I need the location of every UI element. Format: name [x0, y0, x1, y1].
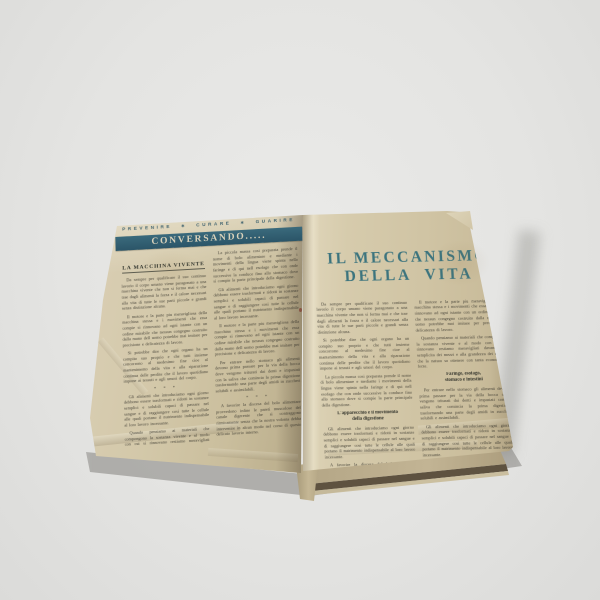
photo-stage: PREVENIRE ∗ CURARE ∗ GUARIRE CONVERSANDO…: [0, 0, 600, 600]
body-paragraph: Gli alimenti che introduciamo ogni giorn…: [213, 282, 299, 321]
body-paragraph: Gli alimenti che introduciamo ogni giorn…: [124, 390, 210, 429]
right-column-2: Il motore e la parte piu meravigliosa de…: [414, 297, 515, 477]
right-column-1: Da sempre per qualificare il suo continu…: [316, 299, 417, 479]
subheading-line: stomaco e intestini: [418, 377, 509, 385]
article-title-line2: DELLA VITA: [309, 265, 509, 287]
body-paragraph: A favorire la discesa del bolo alimentar…: [216, 399, 302, 438]
body-paragraph: La piccola massa cosi preparata prende i…: [320, 372, 413, 408]
left-page-columns: LA MACCHINA VIVENTE Da sempre per qualif…: [116, 241, 307, 449]
body-paragraph: La piccola massa cosi preparata prende i…: [213, 246, 299, 285]
subheading-faringe: Faringe, esofago, stomaco e intestini: [418, 371, 510, 385]
article-title-line1: IL MECCANISMO: [308, 247, 508, 269]
body-paragraph: Quando pensiamo ai materiali che compong…: [124, 426, 209, 448]
body-paragraph: Per entrare nello stomaco gli alimenti d…: [215, 355, 301, 394]
body-paragraph: Il motore e la parte piu meravigliosa de…: [214, 319, 300, 358]
left-column-1: LA MACCHINA VIVENTE Da sempre per qualif…: [121, 251, 210, 448]
subheading-apparecchio: L'apparecchio e il movimento della diges…: [322, 409, 414, 423]
body-paragraph: Si potrebbe dire che ogni organo ha un c…: [318, 336, 411, 372]
body-paragraph: Per entrare nello stomaco gli alimenti d…: [419, 386, 512, 422]
body-paragraph: Da sempre per qualificare il suo continu…: [121, 273, 207, 312]
body-paragraph: Da sempre per qualificare il suo continu…: [316, 299, 409, 335]
rust-speck: [299, 308, 302, 312]
body-paragraph: Gli alimenti che introduciamo ogni giorn…: [323, 424, 416, 460]
body-paragraph: Quando pensiamo ai materiali che compong…: [416, 334, 509, 370]
body-paragraph: Si potrebbe dire che ogni organo ha un c…: [123, 346, 209, 385]
article-heading-wrap: LA MACCHINA VIVENTE: [121, 252, 206, 275]
article-heading: LA MACCHINA VIVENTE: [122, 261, 205, 274]
article-title: IL MECCANISMO DELLA VITA: [308, 247, 509, 288]
left-page-content: PREVENIRE ∗ CURARE ∗ GUARIRE CONVERSANDO…: [115, 209, 307, 449]
right-page-content: IL MECCANISMO DELLA VITA Da sempre per q…: [306, 210, 520, 479]
right-page-columns: Da sempre per qualificare il suo continu…: [311, 292, 520, 479]
body-paragraph: Il motore e la parte piu meravigliosa de…: [122, 310, 208, 349]
body-paragraph: Il motore e la parte piu meravigliosa de…: [414, 297, 507, 333]
left-page: PREVENIRE ∗ CURARE ∗ GUARIRE CONVERSANDO…: [88, 213, 306, 477]
left-column-2: La piccola massa cosi preparata prende i…: [213, 246, 302, 443]
subheading-line: della digestione: [322, 416, 413, 424]
right-page: IL MECCANISMO DELLA VITA Da sempre per q…: [298, 206, 520, 476]
